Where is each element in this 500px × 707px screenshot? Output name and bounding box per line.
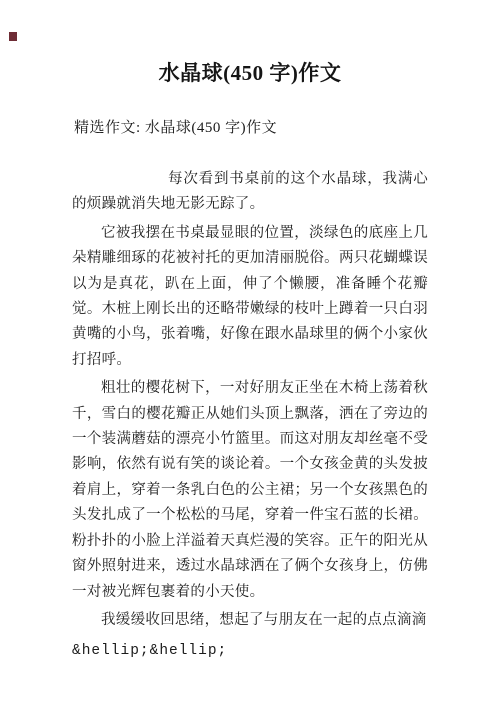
corner-marker-square [9, 32, 17, 41]
essay-paragraph: 我缓缓收回思绪，想起了与朋友在一起的点点滴滴 [72, 608, 428, 633]
page-title: 水晶球(450 字)作文 [0, 57, 500, 87]
essay-paragraph: 它被我摆在书桌最显眼的位置，淡绿色的底座上几朵精雕细琢的花被衬托的更加清丽脱俗。… [72, 221, 428, 373]
ellipsis-entity-text: &hellip;&hellip; [72, 639, 428, 664]
document-page: 水晶球(450 字)作文 精选作文: 水晶球(450 字)作文 每次看到书桌前的… [0, 0, 500, 707]
meta-label: 精选作文: 水晶球(450 字)作文 [74, 116, 277, 137]
essay-paragraph: 每次看到书桌前的这个水晶球，我满心的烦躁就消失地无影无踪了。 [72, 167, 428, 218]
essay-paragraph: 粗壮的樱花树下，一对好朋友正坐在木椅上荡着秋千，雪白的樱花瓣正从她们头顶上飘落，… [72, 376, 428, 605]
essay-body: 每次看到书桌前的这个水晶球，我满心的烦躁就消失地无影无踪了。 它被我摆在书桌最显… [72, 167, 428, 665]
